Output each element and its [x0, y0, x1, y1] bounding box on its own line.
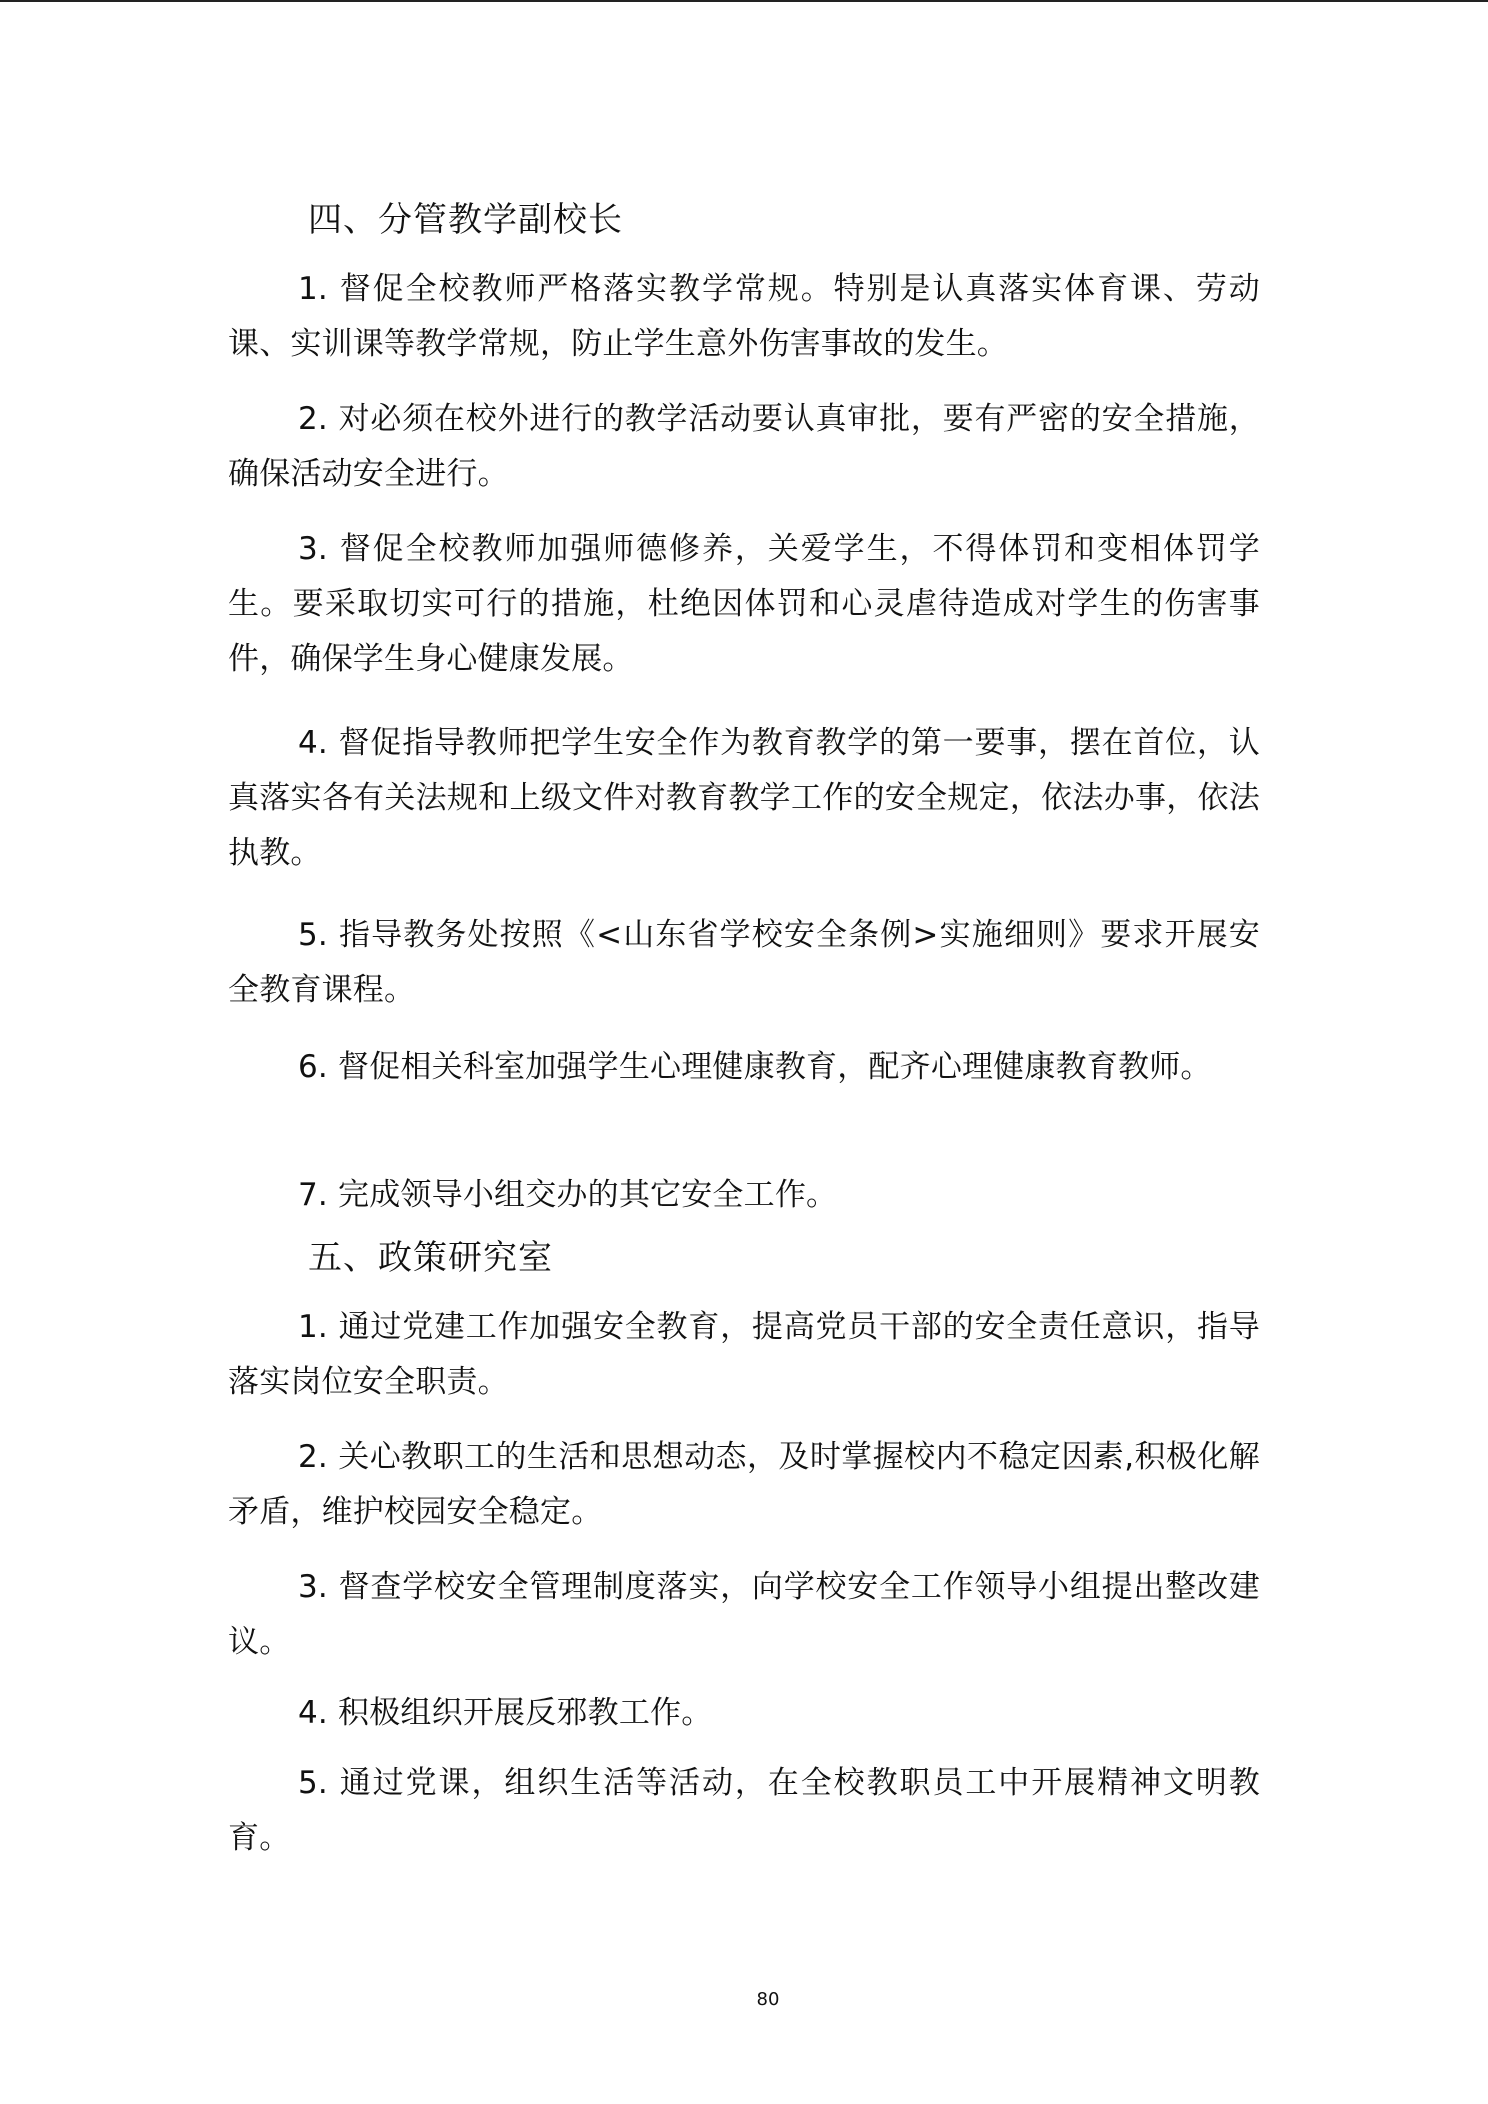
- section-4-item-4: 4. 督促指导教师把学生安全作为教育教学的第一要事，摆在首位，认真落实各有关法规…: [228, 716, 1260, 881]
- section-heading-policy-research-office: 五、政策研究室: [308, 1238, 553, 1278]
- section-5-item-1: 1. 通过党建工作加强安全教育，提高党员干部的安全责任意识，指导落实岗位安全职责…: [228, 1300, 1260, 1410]
- document-page: 四、分管教学副校长 1. 督促全校教师严格落实教学常规。特别是认真落实体育课、劳…: [0, 0, 1488, 2104]
- section-4-item-1: 1. 督促全校教师严格落实教学常规。特别是认真落实体育课、劳动课、实训课等教学常…: [228, 262, 1260, 372]
- section-5-item-5: 5. 通过党课，组织生活等活动，在全校教职员工中开展精神文明教育。: [228, 1756, 1260, 1866]
- section-4-item-7: 7. 完成领导小组交办的其它安全工作。: [228, 1168, 1260, 1223]
- section-4-item-6: 6. 督促相关科室加强学生心理健康教育，配齐心理健康教育教师。: [228, 1040, 1260, 1095]
- section-4-item-3: 3. 督促全校教师加强师德修养，关爱学生，不得体罚和变相体罚学生。要采取切实可行…: [228, 522, 1260, 687]
- page-number: 80: [0, 1990, 1488, 2010]
- section-4-item-5: 5. 指导教务处按照《<山东省学校安全条例>实施细则》要求开展安全教育课程。: [228, 908, 1260, 1018]
- section-5-item-2: 2. 关心教职工的生活和思想动态，及时掌握校内不稳定因素,积极化解矛盾，维护校园…: [228, 1430, 1260, 1540]
- section-4-item-2: 2. 对必须在校外进行的教学活动要认真审批，要有严密的安全措施，确保活动安全进行…: [228, 392, 1260, 502]
- section-5-item-4: 4. 积极组织开展反邪教工作。: [228, 1686, 1260, 1741]
- section-heading-vice-principal-teaching: 四、分管教学副校长: [308, 200, 623, 240]
- section-5-item-3: 3. 督查学校安全管理制度落实，向学校安全工作领导小组提出整改建议。: [228, 1560, 1260, 1670]
